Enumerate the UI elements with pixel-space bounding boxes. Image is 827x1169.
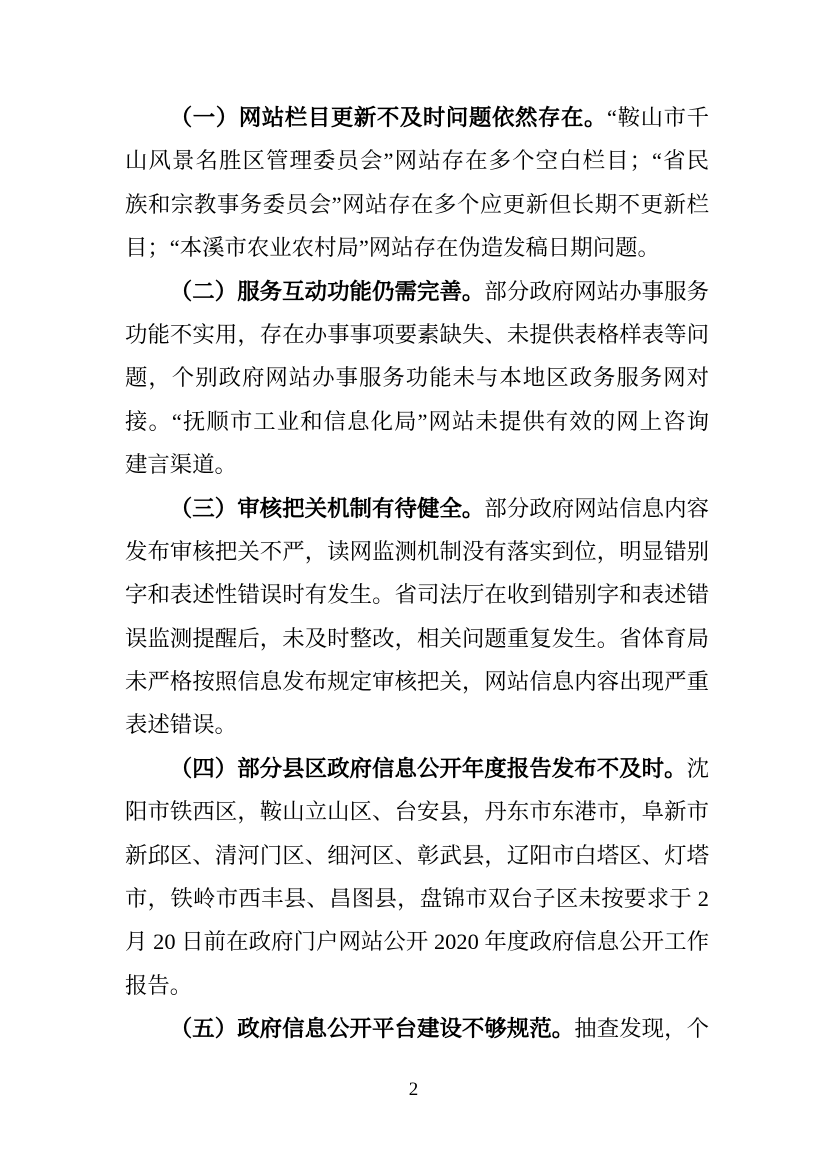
text-line: 市，铁岭市西丰县、昌图县，盘锦市双台子区未按要求于 2 bbox=[125, 877, 709, 920]
paragraph-text: 山风景名胜区管理委员会”网站存在多个空白栏目；“省民 bbox=[125, 148, 709, 173]
text-line: （三）审核把关机制有待健全。部分政府网站信息内容 bbox=[125, 487, 709, 530]
text-line: 山风景名胜区管理委员会”网站存在多个空白栏目；“省民 bbox=[125, 139, 709, 182]
text-line: 题，个别政府网站办事服务功能未与本地区政务服务网对 bbox=[125, 356, 709, 399]
text-line: 未严格按照信息发布规定审核把关，网站信息内容出现严重 bbox=[125, 660, 709, 703]
paragraph-text: 部分政府网站信息内容 bbox=[484, 496, 709, 521]
text-line: （二）服务互动功能仍需完善。部分政府网站办事服务 bbox=[125, 270, 709, 313]
text-line: 阳市铁西区，鞍山立山区、台安县，丹东市东港市，阜新市 bbox=[125, 790, 709, 833]
text-line: 功能不实用，存在办事事项要素缺失、未提供表格样表等问 bbox=[125, 313, 709, 356]
text-line: 报告。 bbox=[125, 964, 709, 1007]
paragraph: （五）政府信息公开平台建设不够规范。抽查发现，个 bbox=[125, 1007, 709, 1050]
paragraph-heading: （一）网站栏目更新不及时问题依然存在。 bbox=[170, 105, 607, 130]
paragraph-heading: （三）审核把关机制有待健全。 bbox=[170, 496, 485, 521]
text-line: 建言渠道。 bbox=[125, 443, 709, 486]
paragraph-text: 未严格按照信息发布规定审核把关，网站信息内容出现严重 bbox=[125, 669, 709, 694]
text-line: 发布审核把关不严，读网监测机制没有落实到位，明显错别 bbox=[125, 530, 709, 573]
paragraph-text: 沈 bbox=[687, 756, 709, 781]
text-line: 表述错误。 bbox=[125, 703, 709, 746]
text-line: 新邱区、清河门区、细河区、彰武县，辽阳市白塔区、灯塔 bbox=[125, 834, 709, 877]
paragraph-text: “鞍山市千 bbox=[607, 105, 709, 130]
text-line: （一）网站栏目更新不及时问题依然存在。“鞍山市千 bbox=[125, 96, 709, 139]
paragraph-text: 族和宗教事务委员会”网站存在多个应更新但长期不更新栏 bbox=[125, 192, 709, 217]
paragraph-text: 字和表述性错误时有发生。省司法厅在收到错别字和表述错 bbox=[125, 582, 709, 607]
paragraph: （四）部分县区政府信息公开年度报告发布不及时。沈阳市铁西区，鞍山立山区、台安县，… bbox=[125, 747, 709, 1007]
text-line: 月 20 日前在政府门户网站公开 2020 年度政府信息公开工作 bbox=[125, 920, 709, 963]
paragraph-text: 目；“本溪市农业农村局”网站存在伪造发稿日期问题。 bbox=[125, 235, 660, 260]
paragraph: （二）服务互动功能仍需完善。部分政府网站办事服务功能不实用，存在办事事项要素缺失… bbox=[125, 270, 709, 487]
paragraph: （三）审核把关机制有待健全。部分政府网站信息内容发布审核把关不严，读网监测机制没… bbox=[125, 487, 709, 747]
document-body: （一）网站栏目更新不及时问题依然存在。“鞍山市千山风景名胜区管理委员会”网站存在… bbox=[125, 96, 709, 1051]
text-line: 接。“抚顺市工业和信息化局”网站未提供有效的网上咨询 bbox=[125, 400, 709, 443]
text-line: （四）部分县区政府信息公开年度报告发布不及时。沈 bbox=[125, 747, 709, 790]
paragraph: （一）网站栏目更新不及时问题依然存在。“鞍山市千山风景名胜区管理委员会”网站存在… bbox=[125, 96, 709, 270]
paragraph-text: 阳市铁西区，鞍山立山区、台安县，丹东市东港市，阜新市 bbox=[125, 799, 709, 824]
paragraph-text: 题，个别政府网站办事服务功能未与本地区政务服务网对 bbox=[125, 365, 709, 390]
paragraph-heading: （四）部分县区政府信息公开年度报告发布不及时。 bbox=[170, 756, 687, 781]
paragraph-text: 建言渠道。 bbox=[125, 452, 237, 477]
paragraph-text: 抽查发现，个 bbox=[574, 1016, 709, 1041]
page-number: 2 bbox=[0, 1078, 827, 1102]
paragraph-text: 月 20 日前在政府门户网站公开 2020 年度政府信息公开工作 bbox=[125, 929, 709, 954]
text-line: 误监测提醒后，未及时整改，相关问题重复发生。省体育局 bbox=[125, 617, 709, 660]
paragraph-text: 新邱区、清河门区、细河区、彰武县，辽阳市白塔区、灯塔 bbox=[125, 843, 709, 868]
text-line: 目；“本溪市农业农村局”网站存在伪造发稿日期问题。 bbox=[125, 226, 709, 269]
page-number-value: 2 bbox=[409, 1079, 419, 1100]
paragraph-text: 部分政府网站办事服务 bbox=[484, 279, 709, 304]
paragraph-text: 发布审核把关不严，读网监测机制没有落实到位，明显错别 bbox=[125, 539, 709, 564]
text-line: （五）政府信息公开平台建设不够规范。抽查发现，个 bbox=[125, 1007, 709, 1050]
paragraph-heading: （五）政府信息公开平台建设不够规范。 bbox=[170, 1016, 574, 1041]
paragraph-text: 功能不实用，存在办事事项要素缺失、未提供表格样表等问 bbox=[125, 322, 709, 347]
paragraph-text: 表述错误。 bbox=[125, 712, 237, 737]
text-line: 族和宗教事务委员会”网站存在多个应更新但长期不更新栏 bbox=[125, 183, 709, 226]
document-page: （一）网站栏目更新不及时问题依然存在。“鞍山市千山风景名胜区管理委员会”网站存在… bbox=[0, 0, 827, 1169]
paragraph-text: 市，铁岭市西丰县、昌图县，盘锦市双台子区未按要求于 2 bbox=[125, 886, 709, 911]
paragraph-text: 报告。 bbox=[125, 973, 192, 998]
paragraph-text: 接。“抚顺市工业和信息化局”网站未提供有效的网上咨询 bbox=[125, 409, 709, 434]
paragraph-heading: （二）服务互动功能仍需完善。 bbox=[170, 279, 485, 304]
paragraph-text: 误监测提醒后，未及时整改，相关问题重复发生。省体育局 bbox=[125, 626, 709, 651]
text-line: 字和表述性错误时有发生。省司法厅在收到错别字和表述错 bbox=[125, 573, 709, 616]
